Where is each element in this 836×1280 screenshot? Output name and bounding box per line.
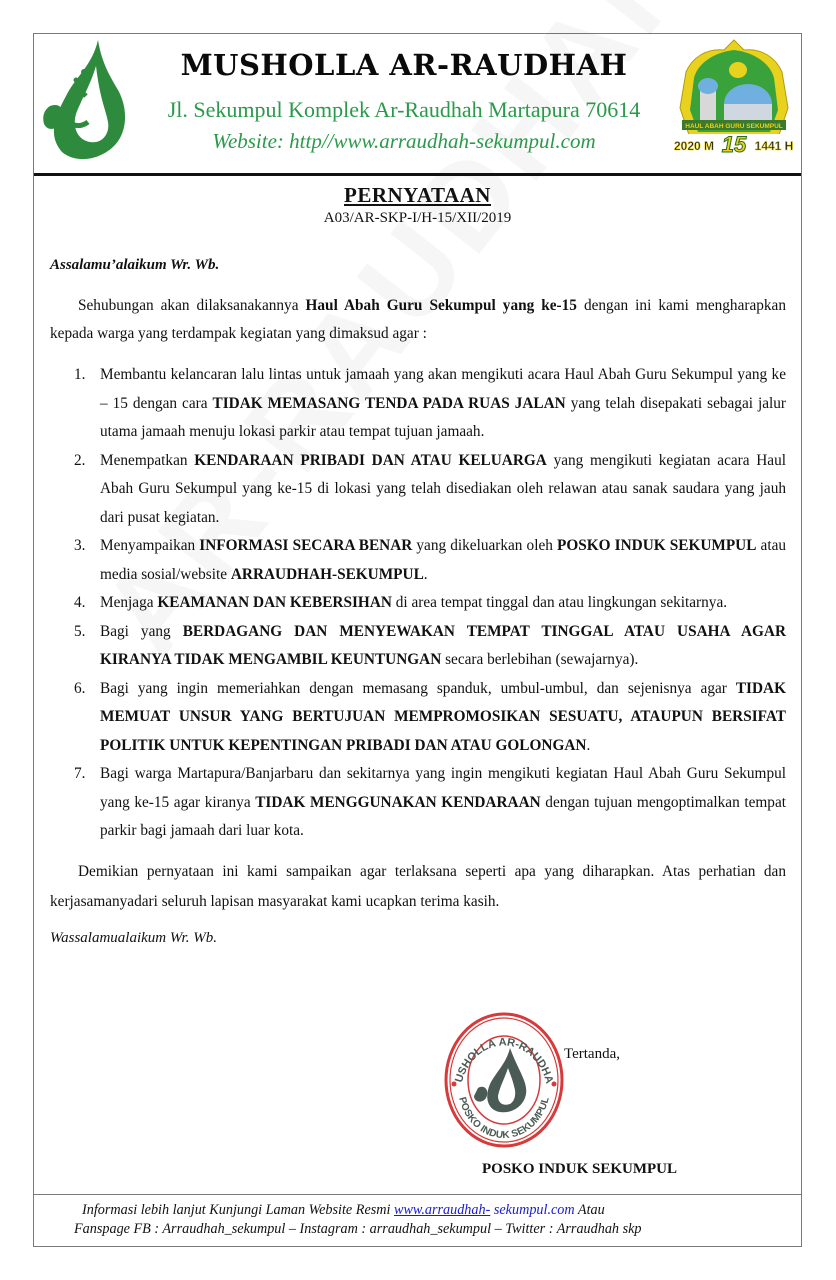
closing-greeting: Wassalamualaikum Wr. Wb. [50, 930, 217, 947]
website-link-continued[interactable]: sekumpul.com [490, 1202, 574, 1218]
list-item-number: 2. [74, 447, 85, 476]
request-list: 1.Membantu kelancaran lalu lintas untuk … [50, 361, 786, 846]
organization-website: Website: http//www.arraudhah-sekumpul.co… [154, 129, 654, 154]
footer-suffix: Atau [575, 1202, 605, 1218]
signature-label: Tertanda, [564, 1046, 620, 1063]
list-item-number: 3. [74, 532, 85, 561]
list-item: 7.Bagi warga Martapura/Banjarbaru dan se… [50, 760, 786, 846]
list-item: 5.Bagi yang BERDAGANG DAN MENYEWAKAN TEM… [50, 618, 786, 675]
document-page: AR-RAUDHAH SEKUMPUL MUSHOLLA AR-RAUDHAH … [33, 33, 802, 1247]
svg-text:2020 M: 2020 M [674, 139, 714, 153]
svg-text:15: 15 [722, 132, 747, 156]
list-item: 6.Bagi yang ingin memeriahkan dengan mem… [50, 675, 786, 761]
header-divider [34, 173, 801, 176]
intro-paragraph: Sehubungan akan dilaksanakannya Haul Aba… [50, 292, 786, 348]
footer-social-line: Fanspage FB : Arraudhah_sekumpul – Insta… [74, 1221, 641, 1238]
list-item-number: 1. [74, 361, 85, 390]
haul-15-emblem-icon: HAUL ABAH GURU SEKUMPUL 2020 M 15 1441 H [674, 38, 794, 156]
footer-prefix: Informasi lebih lanjut Kunjungi Laman We… [82, 1202, 394, 1218]
list-item: 4.Menjaga KEAMANAN DAN KEBERSIHAN di are… [50, 589, 786, 618]
ar-raudhah-calligraphy-logo-icon [36, 36, 134, 164]
official-stamp-icon: MUSHOLLA AR-RAUDHAH POSKO INDUK SEKUMPUL [444, 1012, 564, 1148]
website-link[interactable]: www.arraudhah- [394, 1202, 490, 1218]
svg-text:HAUL ABAH GURU SEKUMPUL: HAUL ABAH GURU SEKUMPUL [685, 123, 783, 130]
list-item-number: 7. [74, 760, 85, 789]
document-title: PERNYATAAN [34, 183, 801, 208]
list-item-number: 6. [74, 675, 85, 704]
footer-info: Informasi lebih lanjut Kunjungi Laman We… [34, 1194, 801, 1247]
document-number: A03/AR-SKP-I/H-15/XII/2019 [34, 210, 801, 227]
footer-website-line: Informasi lebih lanjut Kunjungi Laman We… [82, 1202, 605, 1219]
list-item-number: 4. [74, 589, 85, 618]
list-item-number: 5. [74, 618, 85, 647]
list-item: 1.Membantu kelancaran lalu lintas untuk … [50, 361, 786, 447]
organization-name: MUSHOLLA AR-RAUDHAH [154, 48, 654, 82]
letterhead: MUSHOLLA AR-RAUDHAH Jl. Sekumpul Komplek… [34, 34, 801, 174]
signer-name: POSKO INDUK SEKUMPUL [482, 1161, 677, 1178]
svg-text:1441 H: 1441 H [755, 139, 794, 153]
list-item: 2.Menempatkan KENDARAAN PRIBADI DAN ATAU… [50, 447, 786, 533]
list-item: 3.Menyampaikan INFORMASI SECARA BENAR ya… [50, 532, 786, 589]
closing-paragraph: Demikian pernyataan ini kami sampaikan a… [50, 857, 786, 917]
organization-address: Jl. Sekumpul Komplek Ar-Raudhah Martapur… [154, 97, 654, 123]
opening-greeting: Assalamu’alaikum Wr. Wb. [50, 257, 219, 274]
